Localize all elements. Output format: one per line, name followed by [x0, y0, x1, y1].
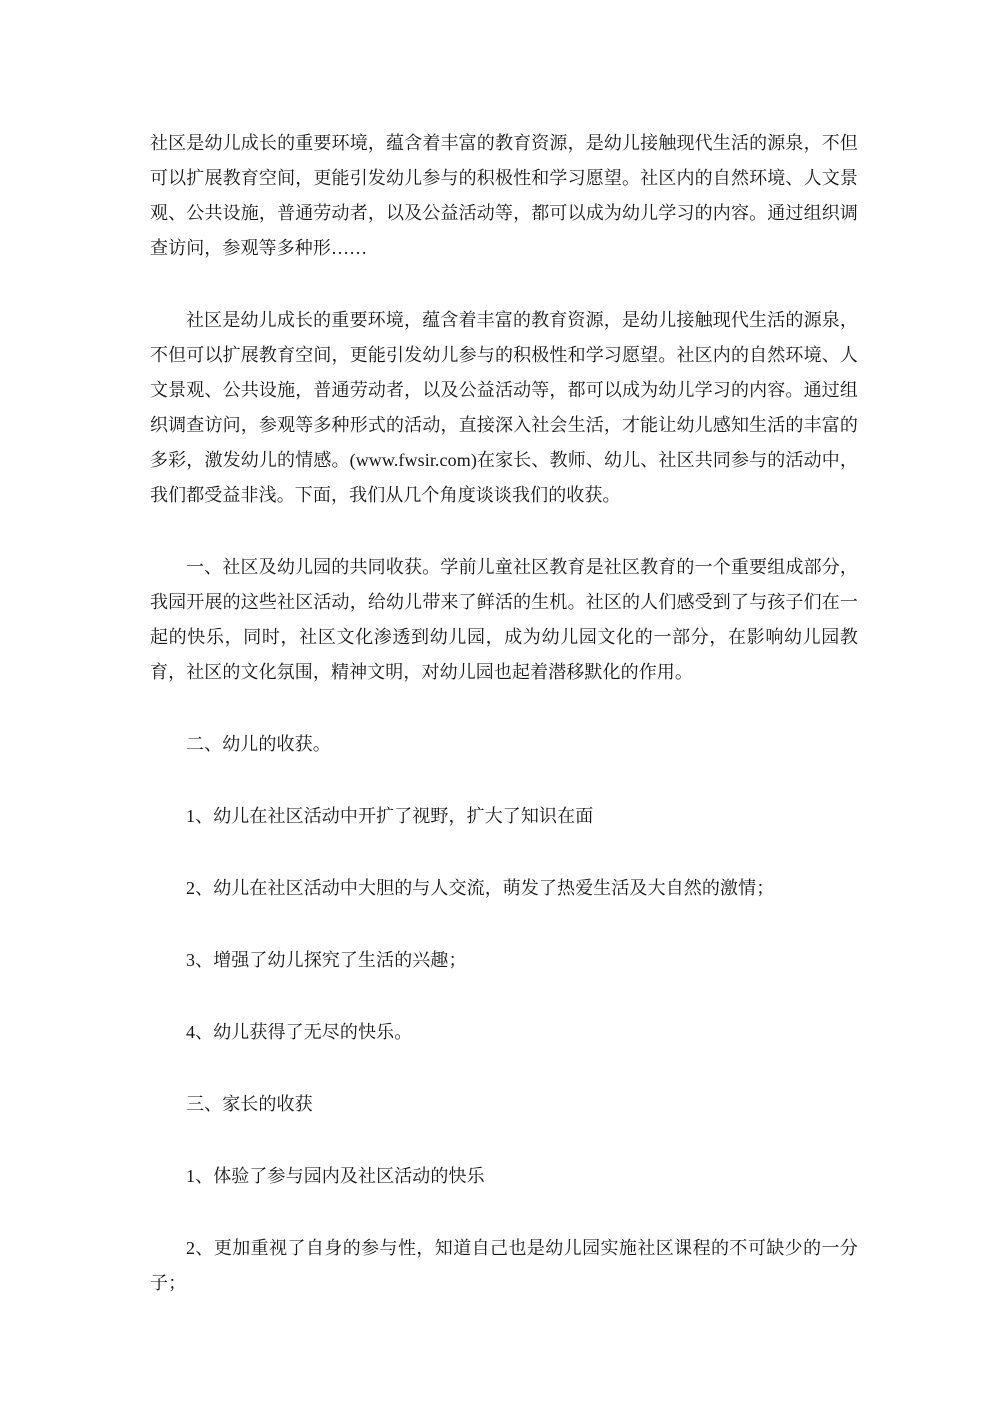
document-text-area: 社区是幼儿成长的重要环境，蕴含着丰富的教育资源，是幼儿接触现代生活的源泉，不但可… — [150, 126, 858, 1338]
paragraph-section-two-children-gains-heading: 二、幼儿的收获。 — [150, 727, 858, 762]
paragraph-parents-item-1: 1、体验了参与园内及社区活动的快乐 — [150, 1159, 858, 1194]
paragraph-children-item-3: 3、增强了幼儿探究了生活的兴趣； — [150, 943, 858, 978]
paragraph-children-item-2: 2、幼儿在社区活动中大胆的与人交流，萌发了热爱生活及大自然的激情； — [150, 871, 858, 906]
paragraph-children-item-1: 1、幼儿在社区活动中开扩了视野，扩大了知识在面 — [150, 799, 858, 834]
document-canvas: { "page": { "background_color": "#ffffff… — [0, 0, 1000, 1415]
paragraph-section-three-parents-gains-heading: 三、家长的收获 — [150, 1087, 858, 1122]
paragraph-parents-item-2: 2、更加重视了自身的参与性，知道自己也是幼儿园实施社区课程的不可缺少的一分子； — [150, 1231, 858, 1301]
paragraph-children-item-4: 4、幼儿获得了无尽的快乐。 — [150, 1015, 858, 1050]
paragraph-section-one-community-kindergarten-gains: 一、社区及幼儿园的共同收获。学前儿童社区教育是社区教育的一个重要组成部分，我园开… — [150, 550, 858, 690]
paragraph-intro-full: 社区是幼儿成长的重要环境，蕴含着丰富的教育资源，是幼儿接触现代生活的源泉，不但可… — [150, 303, 858, 513]
paragraph-intro-truncated: 社区是幼儿成长的重要环境，蕴含着丰富的教育资源，是幼儿接触现代生活的源泉，不但可… — [150, 126, 858, 266]
document-page: 社区是幼儿成长的重要环境，蕴含着丰富的教育资源，是幼儿接触现代生活的源泉，不但可… — [0, 0, 1000, 1415]
